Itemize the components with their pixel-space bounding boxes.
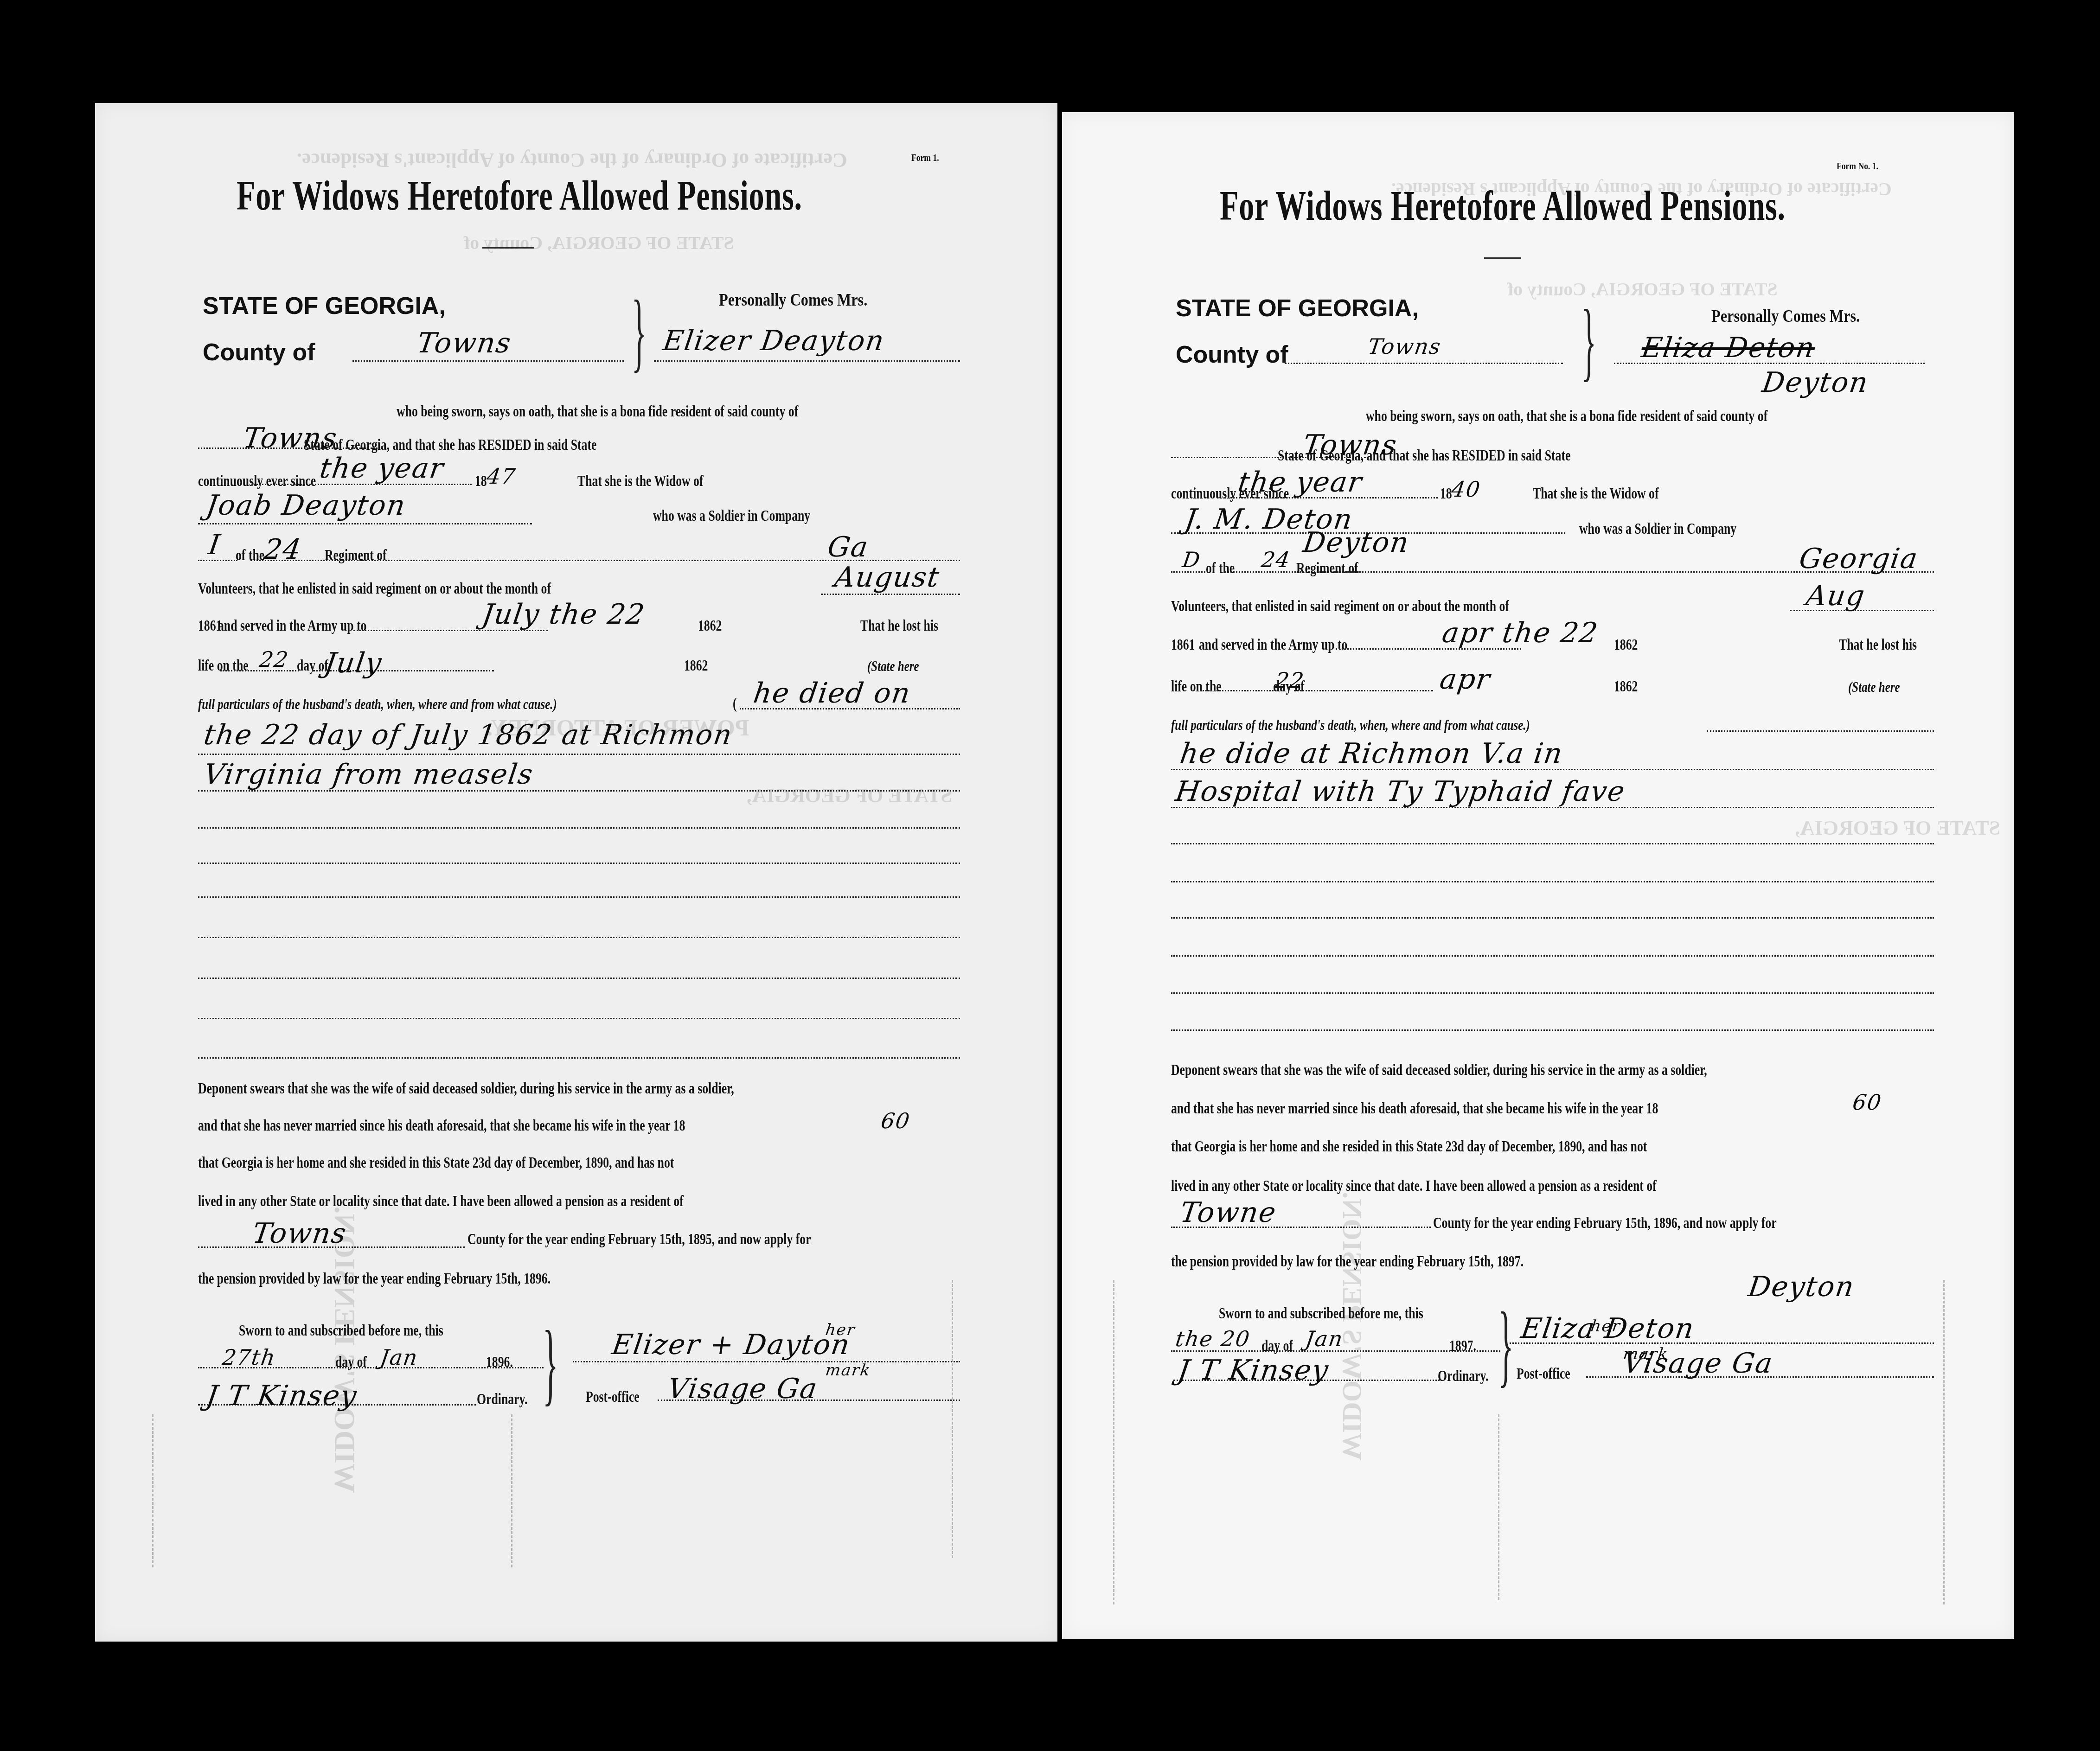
right-oath-line-1: who being sworn, says on oath, that she …	[1366, 408, 1767, 425]
left-deponent-line-6: the pension provided by law for the year…	[198, 1271, 551, 1288]
right-personally-comes-label: Personally Comes Mrs.	[1711, 306, 1860, 326]
right-deponent-line-3: that Georgia is her home and she resided…	[1171, 1138, 1647, 1156]
left-soldier-company-label: who was a Soldier in Company	[653, 508, 810, 525]
right-particulars-field-1[interactable]: he dide at Richmon V.a in	[1178, 737, 1565, 770]
right-lost-his-label: That he lost his	[1839, 637, 1917, 654]
left-pension-county-field[interactable]: Towns	[250, 1217, 349, 1250]
left-deponent-line-3: that Georgia is her home and she resided…	[198, 1155, 674, 1172]
right-enlist-year: 1861	[1171, 637, 1195, 654]
left-post-office-label: Post-office	[586, 1389, 640, 1406]
left-particulars-line-3	[198, 827, 960, 829]
right-title-underline	[1484, 257, 1521, 259]
right-ordinary-signature[interactable]: J T Kinsey	[1176, 1354, 1331, 1387]
right-regiment-state-field[interactable]: Georgia	[1797, 543, 1920, 575]
left-county-field-line	[352, 360, 624, 362]
left-regiment-of-label: Regiment of	[325, 547, 387, 564]
left-personally-comes-label: Personally Comes Mrs.	[719, 290, 867, 310]
left-page-title: For Widows Heretofore Allowed Pensions.	[237, 171, 802, 220]
left-particulars-field-2[interactable]: the 22 day of July 1862 at Richmon	[202, 719, 735, 751]
left-title-underline	[482, 247, 534, 249]
right-deponent-line-1: Deponent swears that she was the wife of…	[1171, 1062, 1707, 1079]
right-bleed-divider-2	[1498, 1414, 1499, 1600]
right-post-office-label: Post-office	[1517, 1366, 1570, 1383]
right-life-on-label: life on the	[1171, 678, 1222, 696]
left-applicant-signature[interactable]: Elizer + Dayton	[610, 1329, 852, 1361]
left-husband-line	[198, 523, 532, 524]
left-signature-line	[573, 1361, 960, 1362]
left-regiment-state-field[interactable]: Ga	[826, 531, 871, 563]
left-widow-of-label: That she is the Widow of	[577, 473, 704, 490]
right-applicant-name-correction[interactable]: Deyton	[1760, 366, 1870, 399]
left-bleed-title: Certificate of Ordinary of the County of…	[297, 148, 847, 172]
left-enlist-month-line	[821, 594, 960, 595]
right-signature-correction[interactable]: Deyton	[1746, 1271, 1857, 1303]
right-bleed-divider-3	[1943, 1280, 1945, 1604]
left-deponent-line-1: Deponent swears that she was the wife of…	[198, 1080, 734, 1098]
left-particulars-line-4	[198, 863, 960, 864]
left-particulars-line-5	[198, 896, 960, 898]
left-header-brace: }	[632, 288, 647, 376]
left-death-year: 1862	[684, 658, 708, 675]
right-pension-county-field[interactable]: Towne	[1178, 1196, 1279, 1229]
left-particulars-field-1[interactable]: he died on	[751, 677, 913, 709]
left-deponent-line-4: lived in any other State or locality sin…	[198, 1193, 684, 1210]
right-bleed-state2: STATE OF GEORGIA,	[1795, 816, 2000, 840]
right-death-day-line	[1197, 690, 1285, 691]
right-husband-name-correction[interactable]: Deyton	[1301, 526, 1411, 559]
left-ordinary-signature[interactable]: J T Kinsey	[204, 1380, 359, 1412]
right-widow-of-label: That she is the Widow of	[1533, 486, 1659, 503]
left-particulars-line-6	[198, 937, 960, 938]
right-sworn-day-field[interactable]: the 20	[1174, 1326, 1252, 1351]
right-served-label: and served in the Army up to	[1199, 637, 1347, 654]
left-particulars-label: full particulars of the husband's death,…	[198, 696, 557, 713]
left-served-label: and served in the Army up to	[218, 618, 366, 635]
left-sworn-label: Sworn to and subscribed before me, this	[239, 1323, 443, 1340]
right-oath-line-2: State of Georgia, and that she has RESID…	[1278, 447, 1570, 465]
right-state-here-label: (State here	[1848, 678, 1900, 696]
left-post-office-field[interactable]: Visage Ga	[666, 1373, 820, 1405]
right-sworn-month-field[interactable]: Jan	[1304, 1326, 1345, 1351]
right-form-number: Form No. 1.	[1837, 160, 1878, 172]
left-life-on-label: life on the	[198, 658, 249, 675]
left-of-the-label: of the	[236, 547, 264, 564]
left-particulars-line-1	[198, 754, 960, 755]
right-county-field[interactable]: Towns	[1366, 334, 1443, 359]
left-particulars-line-7	[198, 978, 960, 979]
left-bleed-divider-2	[511, 1414, 512, 1567]
right-sworn-day-of-label: day of	[1261, 1338, 1293, 1355]
right-enlisted-label: Volunteers, that enlisted in said regime…	[1171, 598, 1509, 615]
right-served-until-field[interactable]: apr the 22	[1440, 617, 1600, 649]
right-particulars-line-8	[1171, 1029, 1934, 1031]
right-company-field[interactable]: D	[1181, 547, 1202, 572]
left-bleed-state2: STATE OF GEORGIA,	[747, 784, 952, 807]
right-sworn-label: Sworn to and subscribed before me, this	[1219, 1305, 1423, 1323]
right-ordinary-label: Ordinary.	[1438, 1368, 1488, 1385]
right-since-year-field[interactable]: 40	[1450, 477, 1482, 502]
right-soldier-company-label: who was a Soldier in Company	[1579, 521, 1736, 538]
right-particulars-line-6	[1171, 955, 1934, 957]
right-deponent-line-2: and that she has never married since his…	[1171, 1100, 1658, 1118]
left-applicant-name-field[interactable]: Elizer Deayton	[661, 325, 887, 357]
left-applicant-name-line	[654, 360, 960, 362]
left-particulars-line-8	[198, 1018, 960, 1019]
right-county-label: County of	[1176, 341, 1288, 369]
right-particulars-label: full particulars of the husband's death,…	[1171, 716, 1530, 734]
left-particulars-field-3[interactable]: Virginia from measels	[202, 758, 536, 791]
left-enlist-month-field[interactable]: August	[832, 561, 942, 594]
left-oath-line-2: State of Georgia, and that she has RESID…	[304, 437, 596, 454]
right-header-brace: }	[1581, 297, 1596, 385]
right-deponent-line-6: the pension provided by law for the year…	[1171, 1253, 1524, 1271]
right-particulars-line-0	[1707, 730, 1934, 732]
right-particulars-field-2[interactable]: Hospital with Ty Typhaid fave	[1173, 775, 1627, 808]
right-death-month-field[interactable]: apr	[1438, 663, 1493, 696]
left-since-label: continuously ever since	[198, 473, 316, 490]
right-deponent-line-4: lived in any other State or locality sin…	[1171, 1178, 1657, 1195]
left-county-label: County of	[203, 339, 315, 366]
right-particulars-line-3	[1171, 843, 1934, 844]
left-lost-his-label: That he lost his	[860, 618, 938, 635]
right-regiment-number-field[interactable]: 24	[1260, 547, 1292, 572]
right-served-year: 1862	[1614, 637, 1638, 654]
left-ordinary-label: Ordinary.	[477, 1391, 527, 1408]
right-deponent-line-5: County for the year ending February 15th…	[1433, 1215, 1777, 1232]
left-bleed-divider-1	[152, 1414, 154, 1567]
right-state-heading: STATE OF GEORGIA,	[1176, 294, 1419, 322]
right-county-field-line	[1285, 363, 1563, 364]
right-married-year-field[interactable]: 60	[1851, 1090, 1883, 1115]
left-since-field[interactable]: the year	[318, 452, 446, 485]
right-post-office-field[interactable]: Visage Ga	[1621, 1347, 1775, 1380]
right-death-year: 1862	[1614, 678, 1638, 696]
left-particulars-paren: (	[733, 696, 737, 713]
right-bleed-divider-1	[1113, 1280, 1114, 1604]
left-state-here-label: (State here	[867, 658, 919, 675]
left-since-year-field[interactable]: 47	[485, 464, 518, 489]
left-bleed-state: STATE OF GEORGIA, County of	[464, 232, 734, 254]
right-bleed-state: STATE OF GEORGIA, County of	[1507, 278, 1778, 300]
right-sworn-year: 1897.	[1449, 1338, 1476, 1355]
left-served-until-field[interactable]: July the 22	[480, 598, 647, 631]
left-deponent-line-2: and that she has never married since his…	[198, 1118, 685, 1135]
left-served-year: 1862	[698, 618, 722, 635]
left-particulars-line-9	[198, 1057, 960, 1059]
right-day-of-label: day of	[1273, 678, 1305, 696]
left-regiment-number-field[interactable]: 24	[262, 533, 304, 566]
left-death-month-field[interactable]: July	[322, 647, 384, 679]
right-applicant-name-field[interactable]: Eliza Deton	[1639, 332, 1817, 364]
right-particulars-line-7	[1171, 992, 1934, 994]
right-enlist-month-field[interactable]: Aug	[1804, 580, 1867, 612]
right-particulars-line-4	[1171, 881, 1934, 882]
left-death-day-field[interactable]: 22	[258, 647, 290, 672]
right-since-field[interactable]: the year	[1236, 466, 1364, 498]
left-sworn-year: 1896.	[486, 1354, 513, 1371]
right-page-title: For Widows Heretofore Allowed Pensions.	[1220, 181, 1786, 230]
right-regiment-of-label: Regiment of	[1296, 560, 1358, 577]
left-signature-mark: mark	[824, 1361, 872, 1380]
right-death-month-line	[1294, 690, 1433, 691]
right-particulars-line-5	[1171, 917, 1934, 919]
left-county-field[interactable]: Towns	[415, 327, 513, 359]
left-oath-line-1: who being sworn, says on oath, that she …	[397, 403, 798, 421]
left-sworn-month-field[interactable]: Jan	[378, 1345, 420, 1370]
left-form-number: Form 1.	[911, 152, 939, 164]
left-sworn-day-field[interactable]: 27th	[221, 1345, 277, 1370]
left-sworn-day-of-label: day of	[335, 1354, 367, 1371]
left-enlisted-label: Volunteers, that he enlisted in said reg…	[198, 581, 551, 598]
left-state-heading: STATE OF GEORGIA,	[203, 292, 446, 320]
left-sworn-brace: }	[543, 1317, 558, 1410]
left-married-year-field[interactable]: 60	[879, 1108, 912, 1133]
left-deponent-line-5: County for the year ending February 15th…	[467, 1231, 811, 1248]
left-husband-name-field[interactable]: Joab Deayton	[204, 489, 408, 522]
right-applicant-signature[interactable]: Eliza Deton	[1519, 1312, 1697, 1345]
left-bleed-divider-3	[952, 1280, 953, 1558]
right-of-the-label: of the	[1206, 560, 1235, 577]
right-sworn-brace: }	[1498, 1298, 1514, 1391]
